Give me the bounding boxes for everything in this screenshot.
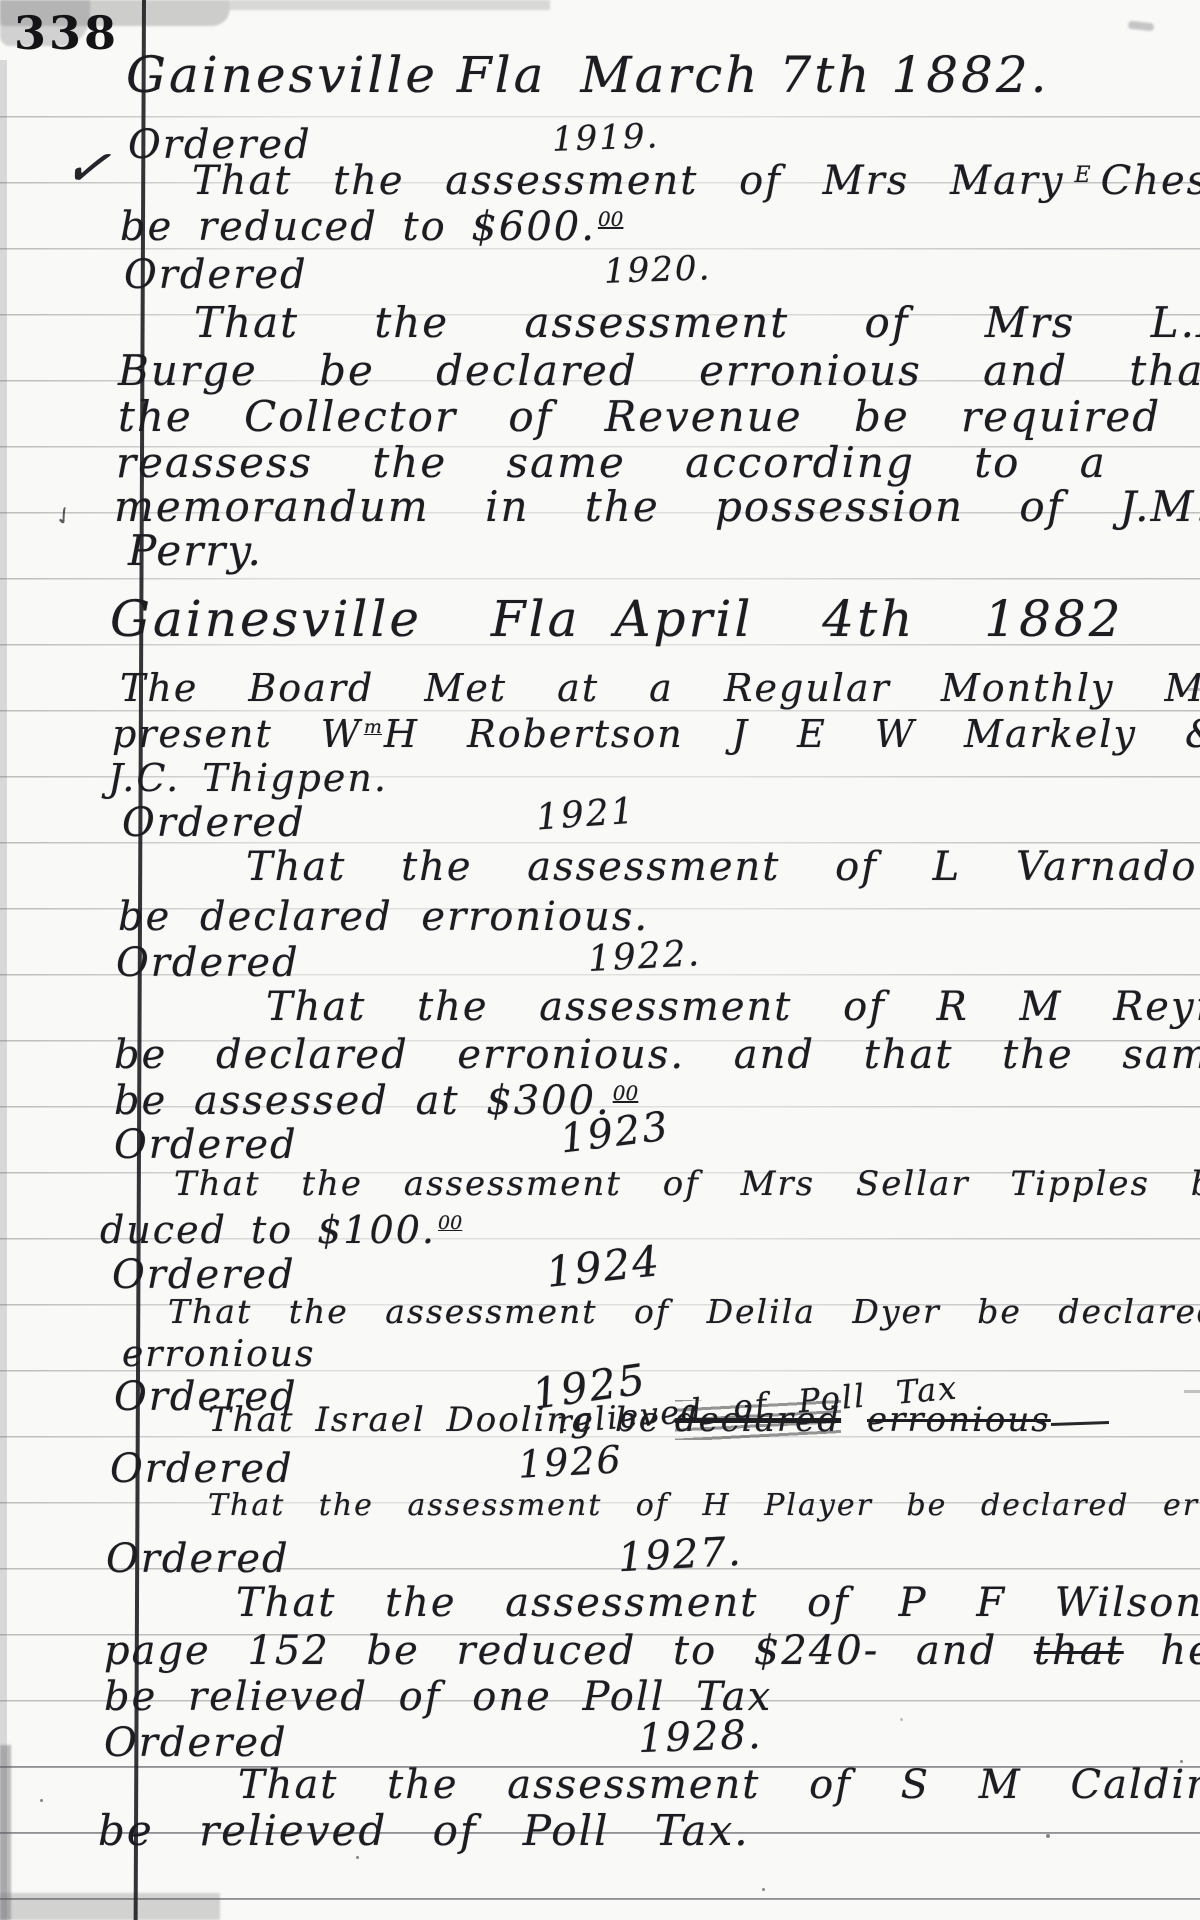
- order-1928-label: Ordered: [104, 1720, 288, 1766]
- page-number: 338: [14, 6, 119, 60]
- order-1921-line-2: be declared erronious.: [118, 894, 649, 940]
- heading-place: Gainesville Fla: [110, 590, 580, 648]
- order-1927-text-end: he: [1160, 1628, 1200, 1674]
- order-1927-number: 1927.: [617, 1529, 744, 1581]
- order-1920-line-6: Perry.: [128, 526, 263, 575]
- order-1922-label: Ordered: [116, 940, 300, 986]
- amount-text: duced to $100.: [100, 1208, 436, 1252]
- superscript-initial: E: [1075, 163, 1093, 188]
- order-1919-text: That the assessment of Mrs Mary: [192, 158, 1065, 204]
- struck-word-that: that: [1034, 1628, 1124, 1674]
- order-1920-line-2: Burge be declared erronious and that: [118, 346, 1200, 395]
- order-1919-line-2: be reduced to $600.00: [120, 204, 625, 250]
- ink-speck: [1046, 1834, 1050, 1838]
- amount-cents: 00: [438, 1212, 462, 1234]
- ink-speck: [40, 1799, 43, 1802]
- amount-cents: 00: [598, 207, 623, 231]
- session-heading-april: Gainesville FlaApril 4th 1882: [110, 590, 1124, 648]
- order-1928-number: 1928.: [637, 1712, 763, 1762]
- order-1919-surname: Chesns: [1101, 158, 1200, 204]
- order-1923-line-2: duced to $100.00: [100, 1208, 464, 1252]
- present-names: H Robertson J E W Markely &: [384, 712, 1200, 756]
- session-line-board-met: The Board Met at a Regular Monthly Meeti…: [120, 666, 1200, 710]
- order-1919-line-1: That the assessment of Mrs MaryEChesns: [192, 158, 1200, 204]
- order-1926-label: Ordered: [110, 1446, 294, 1492]
- ink-speck: [762, 1888, 765, 1891]
- heading-date: March 7th 1882.: [580, 46, 1049, 104]
- order-1921-line-1: That the assessment of L Varnadore: [246, 844, 1200, 890]
- present-text: present W: [112, 712, 362, 756]
- ink-speck: [356, 1856, 359, 1859]
- order-1924-line-2: erronious: [122, 1334, 315, 1375]
- order-1928-line-1: That the assessment of S M Calding: [238, 1762, 1200, 1808]
- struck-word-declared: declared: [675, 1400, 841, 1440]
- order-1927-line-1: That the assessment of P F Wilson: [236, 1580, 1200, 1626]
- order-1923-label: Ordered: [114, 1122, 298, 1168]
- order-1920-number: 1920.: [603, 248, 712, 292]
- order-1923-line-1: That the assessment of Mrs Sellar Tipple…: [174, 1164, 1200, 1204]
- scan-smudge-top-strip: [230, 0, 550, 10]
- order-1925-line-1: That Israel Dooling bedeclarederronious: [208, 1400, 1051, 1440]
- order-1920-line-4: reassess the same according to a: [116, 438, 1107, 487]
- heading-date: April 4th 1882: [614, 590, 1123, 648]
- order-1927-label: Ordered: [106, 1536, 290, 1582]
- order-1919-number: 1919.: [551, 116, 660, 160]
- order-1924-line-1: That the assessment of Delila Dyer be de…: [168, 1292, 1200, 1331]
- amount-cents: 00: [613, 1081, 638, 1105]
- amount-text: be reduced to $600.: [120, 204, 596, 250]
- order-1922-number: 1922.: [587, 933, 702, 980]
- superscript-m: m: [364, 716, 382, 738]
- session-line-thigpen: J.C. Thigpen.: [108, 756, 388, 800]
- session-heading-march: Gainesville FlaMarch 7th 1882.: [126, 46, 1050, 104]
- order-1926-line-1: That the assessment of H Player be decla…: [208, 1488, 1200, 1523]
- order-1927-line-3: be relieved of one Poll Tax: [104, 1674, 772, 1720]
- order-1928-line-2: be relieved of Poll Tax.: [98, 1806, 750, 1855]
- order-1927-line-2: page 152 be reduced to $240- and that he: [104, 1628, 1200, 1674]
- order-1927-text: page 152 be reduced to $240- and: [104, 1628, 997, 1674]
- order-1920-line-3: the Collector of Revenue be required to: [118, 392, 1200, 441]
- amount-text: be assessed at $300.: [114, 1078, 611, 1124]
- order-1926-number: 1926: [517, 1437, 624, 1486]
- scan-smudge-top-right: [1128, 21, 1155, 32]
- order-1925-text: That Israel Dooling be: [208, 1400, 661, 1440]
- session-line-present: present WmH Robertson J E W Markely &: [112, 712, 1200, 756]
- order-1922-line-1: That the assessment of R M Reynolds: [266, 984, 1200, 1030]
- order-1922-line-2: be declared erronious. and that the same: [114, 1032, 1200, 1078]
- struck-word-erronious: erronious: [867, 1400, 1051, 1440]
- order-1920-line-5: memorandum in the possession of J.M.: [114, 482, 1200, 531]
- order-1920-label: Ordered: [124, 252, 308, 298]
- ink-speck: [900, 1718, 903, 1721]
- order-1921-label: Ordered: [122, 800, 306, 846]
- order-1920-line-1: That the assessment of Mrs L.L.: [194, 298, 1200, 347]
- heading-place: Gainesville Fla: [126, 46, 546, 104]
- order-1921-number: 1921: [535, 791, 637, 839]
